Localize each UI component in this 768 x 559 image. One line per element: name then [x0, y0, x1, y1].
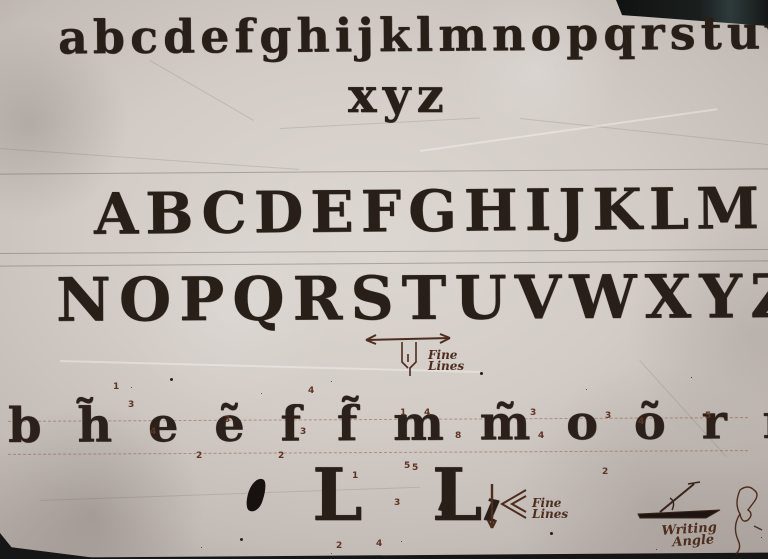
stroke-order-number: 4	[376, 540, 382, 549]
stroke-order-number: 4	[638, 418, 644, 427]
stroke-order-number: 2	[602, 468, 608, 477]
practice-letters-row: b h̃ e ẽ f f̃ m m̃ o õ r r̃ s s̃ x	[8, 394, 760, 454]
pencil-rule-line	[0, 249, 768, 254]
stroke-order-number: 3	[605, 412, 611, 421]
stroke-order-number: 1	[113, 383, 119, 392]
stroke-order-number: 5	[705, 412, 711, 421]
crease-line	[0, 148, 299, 170]
stroke-order-number: 2	[196, 452, 202, 461]
fine-lines-diagram-top: Fine Lines	[364, 332, 474, 380]
ink-specks	[240, 538, 243, 541]
stroke-order-number: 3	[128, 401, 134, 410]
stroke-order-number: 4	[308, 387, 314, 396]
uppercase-alphabet-line1: ABCDEFGHIJKLM	[94, 175, 739, 248]
stroke-order-number: 4	[538, 432, 544, 441]
calligraphy-sheet-photo: abcdefghijklmnopqrstuvw xyz ABCDEFGHIJKL…	[0, 0, 768, 559]
lowercase-alphabet-line1: abcdefghijklmnopqrstuvw	[58, 6, 752, 65]
ink-blot	[243, 476, 269, 513]
stroke-order-number: 4	[150, 428, 156, 437]
stroke-order-number: 2	[278, 452, 284, 461]
photo-background-bottom-left	[0, 533, 96, 559]
pencil-rule-line	[0, 168, 768, 174]
ink-specks	[170, 378, 173, 381]
stroke-order-number: 4	[424, 409, 430, 418]
uppercase-alphabet-line2: NOPQRSTUVWXYZ	[56, 262, 748, 336]
fine-lines-top-word2: Lines	[428, 361, 464, 372]
stroke-order-number: 2	[336, 542, 342, 551]
crease-line	[150, 60, 254, 121]
stroke-order-number: 3	[300, 428, 306, 437]
stroke-order-number: 8	[455, 432, 461, 441]
lowercase-alphabet-line2: xyz	[348, 68, 450, 124]
stroke-order-number: 1	[400, 409, 406, 418]
stroke-order-number: 3	[530, 409, 536, 418]
writing-angle-diagram: Writing Angle	[636, 470, 766, 558]
crease-highlight	[420, 108, 717, 152]
stroke-order-number: 3	[224, 416, 230, 425]
fine-lines-diagram-bottom: Fine Lines	[482, 482, 602, 534]
fine-lines-bottom-word2: Lines	[532, 509, 568, 520]
